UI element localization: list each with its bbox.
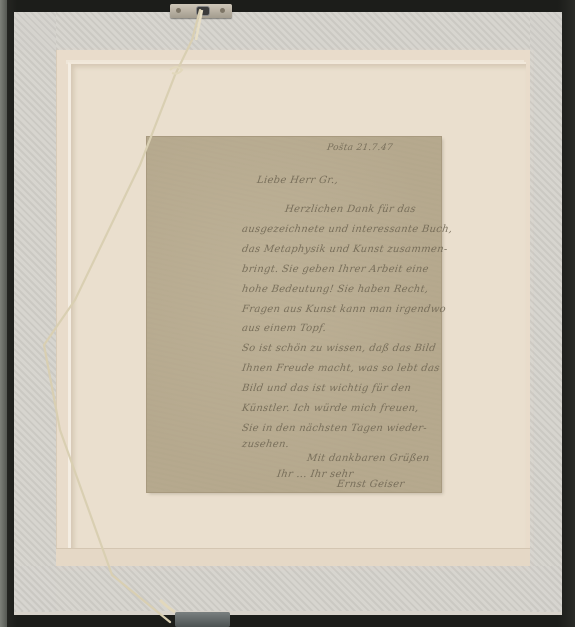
masking-tape-left: [14, 12, 56, 612]
letter-line: Fragen aus Kunst kann man irgendwo: [241, 304, 446, 315]
letter-line: das Metaphysik und Kunst zusammen-: [241, 244, 448, 255]
letter-line: Sie in den nächsten Tagen wieder-: [241, 423, 427, 434]
letter-line: aus einem Topf.: [241, 323, 327, 334]
masking-tape-right: [530, 12, 562, 612]
letter-line: bringt. Sie geben Ihrer Arbeit eine: [241, 264, 429, 275]
masking-tape-bottom: [14, 566, 562, 611]
letter-line: Künstler. Ich würde mich freuen,: [241, 403, 419, 414]
sawtooth-hanger: [170, 4, 232, 18]
letter-line: Ihnen Freude macht, was so lebt das: [241, 363, 440, 374]
screw-icon: [176, 8, 181, 13]
handwritten-letter: Pošta 21.7.47 Liebe Herr Gr., Herzlichen…: [147, 137, 441, 492]
frame-edge-left: [0, 0, 7, 627]
letter-salutation: Liebe Herr Gr.,: [256, 175, 339, 186]
letter-closing: Mit dankbaren Grüßen: [306, 453, 430, 464]
letter-line: Bild und das ist wichtig für den: [241, 383, 412, 394]
letter-line: zusehen.: [241, 439, 290, 450]
letter-line: So ist schön zu wissen, daß das Bild: [241, 343, 436, 354]
letter-line: ausgezeichnete und interessante Buch,: [241, 224, 453, 235]
masking-tape-top: [14, 12, 562, 50]
letter-signature: Ernst Geiser: [336, 479, 405, 490]
letter-dateline: Pošta 21.7.47: [326, 143, 393, 153]
hanger-ring: [196, 6, 210, 16]
bottom-hanger: [175, 612, 230, 627]
letter-line: hohe Bedeutung! Sie haben Recht,: [241, 284, 429, 295]
letter-line: Herzlichen Dank für das: [284, 204, 416, 215]
screw-icon: [220, 8, 225, 13]
